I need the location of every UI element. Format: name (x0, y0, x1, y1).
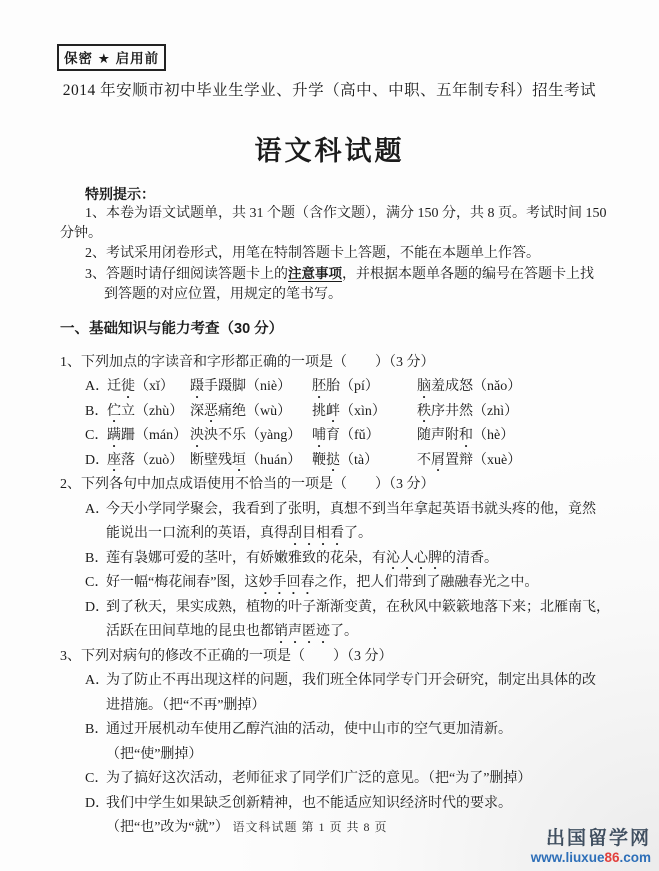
q1-a-cell4: 脑羞成怒（nǎo） (417, 375, 610, 400)
q2-d-line2: 活跃在田间草地的昆虫也都销声匿迹了。 (106, 620, 610, 645)
notice-item3-line1: 3、答题时请仔细阅读答题卡上的注意事项，并根据本题单各题的编号在答题卡上找 (85, 264, 608, 285)
option-label: B． (85, 547, 106, 572)
notice-item3-pre: 3、答题时请仔细阅读答题卡上的 (85, 267, 288, 282)
watermark-site-name: 出国留学网 (531, 828, 651, 850)
q1-c-cell4: 随声附和（hè） (417, 424, 610, 449)
q3-option-c: C． 为了搞好这次活动，老师征求了同学们广泛的意见。（把“为了”删掉） (85, 767, 610, 792)
q1-option-row-a: A． 迁徙（xǐ） 蹑手蹑脚（niè） 胚胎（pí） 脑羞成怒（nǎo） (85, 375, 610, 400)
q2-c-line1: 好一幅“梅花闹春”图，这妙手回春之作，把人们带到了融融春光之中。 (106, 571, 610, 596)
q3-a-line2: 进措施。（把“不再”删掉） (106, 694, 610, 719)
q1-d-cell1: 座落（zuò） (107, 449, 190, 474)
q1-b-cell1: 伫立（zhù） (107, 400, 190, 425)
q2-option-a: A． 今天小学同学聚会，我看到了张明，真想不到当年拿起英语书就头疼的他，竟然 (85, 498, 610, 523)
q1-d-cell3: 鞭挞（tà） (312, 449, 417, 474)
exam-name-line: 2014 年安顺市初中毕业生学业、升学（高中、中职、五年制专科）招生考试 (0, 78, 659, 100)
notice-item1-line2: 分钟。 (60, 224, 608, 244)
q1-option-row-d: D． 座落（zuò） 断壁残垣（huán） 鞭挞（tà） 不屑置辩（xuè） (85, 449, 610, 474)
notice-item3-post: ，并根据本题单各题的编号在答题卡上找 (342, 267, 594, 282)
notice-item1-line1: 1、本卷为语文试题单，共 31 个题（含作文题），满分 150 分，共 8 页。… (85, 204, 608, 224)
q3-option-a: A． 为了防止不再出现这样的问题，我们班全体同学专门开会研究，制定出具体的改 (85, 669, 610, 694)
url-accent: 86 (604, 850, 619, 865)
q1-b-cell4: 秩序井然（zhì） (417, 400, 610, 425)
option-label: D． (85, 596, 106, 621)
q2-option-c: C． 好一幅“梅花闹春”图，这妙手回春之作，把人们带到了融融春光之中。 (85, 571, 610, 596)
site-watermark: 出国留学网 www.liuxue86.com (531, 828, 651, 865)
q2-option-d: D． 到了秋天，果实成熟，植物的叶子渐渐变黄，在秋风中簌簌地落下来；北雁南飞， (85, 596, 610, 621)
notice-item3-underlined: 注意事项 (288, 266, 342, 281)
q1-c-cell3: 哺育（fǔ） (312, 424, 417, 449)
notice-heading: 特别提示： (85, 184, 608, 204)
q3-b-line2: （把“使”删掉） (106, 743, 610, 768)
q2-stem: 2、下列各句中加点成语使用不恰当的一项是（ ）（3 分） (60, 473, 610, 498)
special-notice: 特别提示： 1、本卷为语文试题单，共 31 个题（含作文题），满分 150 分，… (60, 184, 608, 305)
q2-a-line2: 能说出一口流利的英语，真得刮目相看了。 (106, 522, 610, 547)
q1-option-row-c: C． 蹒跚（mán） 泱泱不乐（yàng） 哺育（fǔ） 随声附和（hè） (85, 424, 610, 449)
section-heading: 一、基础知识与能力考查（30 分） (60, 317, 610, 342)
q1-c-cell1: 蹒跚（mán） (107, 424, 190, 449)
q1-d-cell2: 断壁残垣（huán） (190, 449, 312, 474)
secrecy-label: 保密 ★ 启用前 (57, 44, 166, 71)
notice-item2: 2、考试采用闭卷形式，用笔在特制答题卡上答题，不能在本题单上作答。 (85, 244, 608, 264)
q3-c-line1: 为了搞好这次活动，老师征求了同学们广泛的意见。（把“为了”删掉） (106, 767, 610, 792)
q3-a-line1: 为了防止不再出现这样的问题，我们班全体同学专门开会研究，制定出具体的改 (106, 669, 610, 694)
url-suffix: .com (619, 850, 651, 865)
q2-a-line1: 今天小学同学聚会，我看到了张明，真想不到当年拿起英语书就头疼的他，竟然 (106, 498, 610, 523)
q3-option-b: B． 通过开展机动车使用乙醇汽油的活动，使中山市的空气更加清新。 (85, 718, 610, 743)
question-body: 一、基础知识与能力考查（30 分） 1、下列加点的字读音和字形都正确的一项是（ … (60, 317, 610, 841)
option-label: C． (85, 424, 107, 449)
option-label: C． (85, 571, 106, 596)
q1-b-cell2: 深恶痛绝（wù） (190, 400, 312, 425)
q1-b-cell3: 挑衅（xìn） (312, 400, 417, 425)
q1-a-cell2: 蹑手蹑脚（niè） (190, 375, 312, 400)
exam-paper-page: 保密 ★ 启用前 2014 年安顺市初中毕业生学业、升学（高中、中职、五年制专科… (0, 0, 659, 871)
q1-a-cell3: 胚胎（pí） (312, 375, 417, 400)
option-label: A． (85, 498, 106, 523)
q3-stem: 3、下列对病句的修改不正确的一项是（ ）（3 分） (60, 645, 610, 670)
q1-option-row-b: B． 伫立（zhù） 深恶痛绝（wù） 挑衅（xìn） 秩序井然（zhì） (85, 400, 610, 425)
notice-item3-line2: 到答题的对应位置，用规定的笔书写。 (104, 285, 608, 305)
option-label: A． (85, 375, 107, 400)
page-footer: 语文科试题 第 1 页 共 8 页 (0, 818, 620, 835)
watermark-site-url: www.liuxue86.com (531, 850, 651, 865)
option-label: A． (85, 669, 106, 694)
q3-option-d: D． 我们中学生如果缺乏创新精神，也不能适应知识经济时代的要求。 (85, 792, 610, 817)
url-prefix: www.liuxue (531, 850, 605, 865)
q1-a-cell1: 迁徙（xǐ） (107, 375, 190, 400)
q3-d-line1: 我们中学生如果缺乏创新精神，也不能适应知识经济时代的要求。 (106, 792, 610, 817)
option-label: B． (85, 718, 106, 743)
q2-d-line1: 到了秋天，果实成熟，植物的叶子渐渐变黄，在秋风中簌簌地落下来；北雁南飞， (106, 596, 610, 621)
option-label: B． (85, 400, 107, 425)
paper-title: 语文科试题 (0, 129, 659, 168)
q2-option-b: B． 莲有袅娜可爱的茎叶，有娇嫩雅致的花朵，有沁人心脾的清香。 (85, 547, 610, 572)
q1-stem: 1、下列加点的字读音和字形都正确的一项是（ ）（3 分） (60, 351, 610, 376)
q2-b-line1: 莲有袅娜可爱的茎叶，有娇嫩雅致的花朵，有沁人心脾的清香。 (106, 547, 610, 572)
option-label: D． (85, 449, 107, 474)
option-label: C． (85, 767, 106, 792)
q3-b-line1: 通过开展机动车使用乙醇汽油的活动，使中山市的空气更加清新。 (106, 718, 610, 743)
q1-d-cell4: 不屑置辩（xuè） (417, 449, 610, 474)
option-label: D． (85, 792, 106, 817)
